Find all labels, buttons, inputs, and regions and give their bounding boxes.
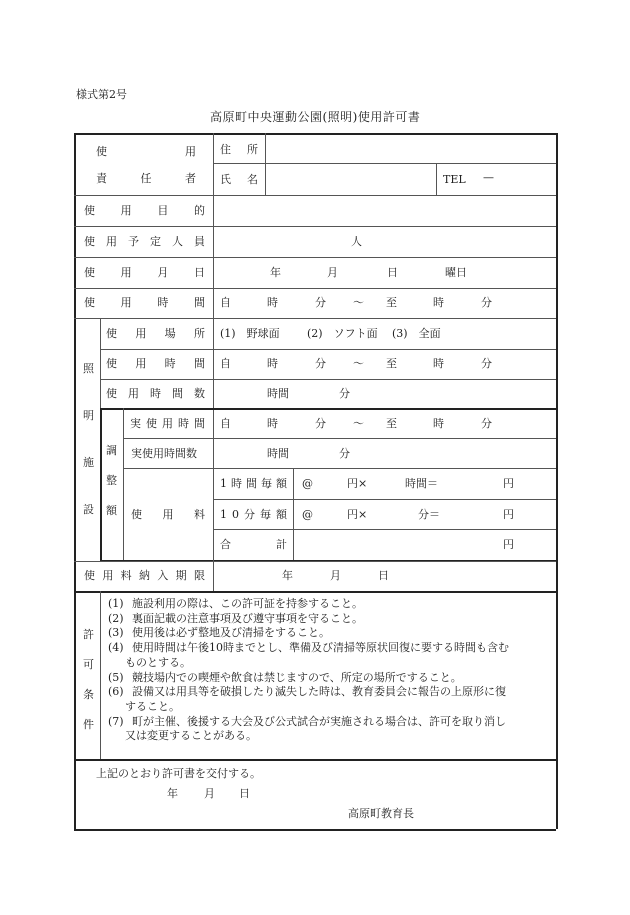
- label-char: 使: [84, 204, 95, 218]
- label-char: 所: [247, 143, 258, 157]
- place-label: 使用場所: [106, 327, 205, 341]
- condition-text: 競技場内での喫煙や飲食は禁じますので、所定の場所ですること。: [132, 671, 462, 684]
- divider: [100, 379, 556, 380]
- divider: [123, 468, 556, 469]
- lighting-time-hour1: 時: [267, 357, 278, 371]
- actual-time-hour2: 時: [433, 417, 444, 431]
- place-option-1[interactable]: (1) 野球面: [220, 327, 280, 341]
- condition-item-7: (7)町が主催、後援する大会及び公式試合が実施される場合は、許可を取り消し: [108, 715, 506, 729]
- issue-statement: 上記のとおり許可書を交付する。: [96, 767, 261, 781]
- condition-item-3: (3)使用後は必ず整地及び清掃をすること。: [108, 626, 330, 640]
- label-char: 用: [128, 387, 139, 401]
- divider: [74, 133, 76, 829]
- label-char: 間: [246, 477, 257, 491]
- label-char: 使: [84, 266, 95, 280]
- condition-item-7: 又は変更することがある。: [125, 729, 257, 743]
- label-char: 使: [84, 569, 95, 583]
- label-char: 間: [194, 296, 205, 310]
- usage-time-min2: 分: [481, 296, 492, 310]
- lighting-group-char: 設: [83, 501, 94, 517]
- condition-item-6: (6)設備又は用具等を破損したり滅失した時は、教育委員会に報告の上原形に復: [108, 685, 506, 699]
- issuer-name: 高原町教育長: [348, 807, 414, 821]
- adjust-group-char: 調: [106, 442, 117, 458]
- hourly-yen: 円: [503, 477, 514, 491]
- actual-time-tilde: 〜: [353, 417, 364, 431]
- lighting-time-from: 自: [220, 357, 231, 371]
- hourly-at: @: [302, 477, 313, 491]
- condition-item-2: (2)裏面記載の注意事項及び遵守事項を守ること。: [108, 612, 363, 626]
- divider: [123, 438, 556, 439]
- per10-yen-x: 円×: [347, 508, 367, 522]
- label-char: 合: [220, 538, 231, 552]
- label-char: 定: [150, 235, 161, 249]
- divider: [100, 408, 102, 560]
- lighting-group-char: 照: [83, 360, 94, 376]
- divider: [100, 349, 556, 350]
- label-char: 料: [194, 508, 205, 522]
- divider: [74, 759, 556, 761]
- deadline-month: 月: [330, 569, 341, 583]
- actual-min-unit: 分: [339, 447, 350, 461]
- month-unit: 月: [327, 266, 338, 280]
- condition-item-6: すること。: [125, 700, 180, 714]
- divider: [74, 257, 556, 258]
- per10-at: @: [302, 508, 313, 522]
- deadline-year: 年: [282, 569, 293, 583]
- condition-item-4: ものとする。: [125, 656, 191, 670]
- tel-separator: —: [483, 171, 494, 185]
- issue-year: 年: [167, 787, 178, 801]
- label-char: 使: [84, 296, 95, 310]
- label-char: 場: [165, 327, 176, 341]
- conditions-group-char: 条: [83, 686, 94, 702]
- label-char: 数: [194, 387, 205, 401]
- label-char: 用: [121, 266, 132, 280]
- actual-time-from: 自: [220, 417, 231, 431]
- divider: [213, 499, 556, 500]
- actual-hours-label: 実使用時間数: [131, 447, 197, 461]
- label-char: 1: [220, 477, 227, 491]
- payment-deadline-label: 使用料納入期限: [84, 569, 205, 583]
- label-char: 使: [146, 417, 157, 431]
- divider: [556, 133, 558, 829]
- name-label: 氏名: [220, 173, 258, 187]
- divider: [74, 591, 556, 593]
- label-char: 用: [121, 296, 132, 310]
- tel-field[interactable]: [500, 163, 556, 195]
- issue-month: 月: [204, 787, 215, 801]
- planned-people-label: 使用予定人員: [84, 235, 205, 249]
- condition-item-5: (5)競技場内での喫煙や飲食は禁じますので、所定の場所ですること。: [108, 671, 462, 685]
- usage-time-hour2: 時: [433, 296, 444, 310]
- condition-number: (1): [108, 597, 132, 611]
- label-char: 時: [231, 477, 242, 491]
- hourly-label: 1時間毎額: [220, 477, 287, 491]
- form-number: 様式第2号: [76, 86, 127, 102]
- hours-unit: 時間: [267, 387, 289, 401]
- lighting-time-to: 至: [386, 357, 397, 371]
- condition-number: (7): [108, 715, 132, 729]
- lighting-time-hour2: 時: [433, 357, 444, 371]
- label-char: 使: [96, 145, 107, 159]
- address-field[interactable]: [266, 133, 556, 163]
- divider: [213, 560, 214, 591]
- usage-time-min1: 分: [315, 296, 326, 310]
- condition-item-4: (4)使用時間は午後10時までとし、準備及び清掃等原状回復に要する時間も含む: [108, 641, 509, 655]
- usage-time-hour1: 時: [267, 296, 278, 310]
- address-label: 住所: [220, 143, 258, 157]
- purpose-field[interactable]: [214, 195, 556, 226]
- adjust-group-char: 額: [106, 502, 117, 518]
- lighting-time-min1: 分: [315, 357, 326, 371]
- hourly-unit-eq: 時間＝: [405, 477, 438, 491]
- lighting-hours-label: 使用時間数: [106, 387, 205, 401]
- label-char: 者: [185, 172, 196, 186]
- divider: [74, 561, 556, 562]
- actual-time-min2: 分: [481, 417, 492, 431]
- condition-number: (4): [108, 641, 132, 655]
- usage-date-label: 使用月日: [84, 266, 205, 280]
- divider: [436, 163, 437, 195]
- conditions-group-char: 許: [83, 626, 94, 642]
- fee-label: 使用料: [131, 508, 205, 522]
- min-unit: 分: [339, 387, 350, 401]
- label-char: 用: [135, 357, 146, 371]
- label-char: 使: [84, 235, 95, 249]
- condition-number: (5): [108, 671, 132, 685]
- per10-label: 10分毎額: [220, 508, 287, 522]
- lighting-group-char: 明: [83, 407, 94, 423]
- condition-text: 使用時間は午後10時までとし、準備及び清掃等原状回復に要する時間も含む: [132, 641, 509, 654]
- label-char: 員: [194, 235, 205, 249]
- label-char: 分: [244, 508, 255, 522]
- label-char: 用: [163, 508, 174, 522]
- label-char: 間: [172, 387, 183, 401]
- label-char: 毎: [260, 508, 271, 522]
- condition-text: 裏面記載の注意事項及び遵守事項を守ること。: [132, 612, 363, 625]
- actual-time-min1: 分: [315, 417, 326, 431]
- condition-text: すること。: [125, 700, 180, 713]
- label-char: 用: [162, 417, 173, 431]
- total-field[interactable]: [294, 529, 556, 560]
- actual-time-to: 至: [386, 417, 397, 431]
- label-char: 名: [247, 173, 258, 187]
- label-char: 間: [194, 357, 205, 371]
- label-char: 住: [220, 143, 231, 157]
- label-char: 額: [276, 477, 287, 491]
- label-char: 時: [150, 387, 161, 401]
- label-char: 時: [165, 357, 176, 371]
- label-char: 間: [194, 417, 205, 431]
- usage-time-from: 自: [220, 296, 231, 310]
- actual-time-label: 実使用時間: [130, 417, 205, 431]
- label-char: 時: [178, 417, 189, 431]
- total-label: 合計: [220, 538, 287, 552]
- divider: [100, 591, 101, 759]
- divider: [100, 408, 556, 410]
- usage-time-label: 使用時間: [84, 296, 205, 310]
- per10-unit-eq: 分＝: [418, 508, 440, 522]
- label-char: 月: [157, 266, 168, 280]
- year-unit: 年: [270, 266, 281, 280]
- condition-number: (2): [108, 612, 132, 626]
- place-option-2[interactable]: (2) ソフト面: [307, 327, 378, 341]
- conditions-group-char: 件: [83, 716, 94, 732]
- page-title: 高原町中央運動公園(照明)使用許可書: [210, 108, 420, 125]
- label-char: 使: [131, 508, 142, 522]
- planned-people-field[interactable]: [214, 226, 340, 257]
- applicant-label: 使用: [96, 145, 196, 159]
- label-char: 用: [102, 569, 113, 583]
- label-char: 納: [139, 569, 150, 583]
- label-char: 責: [96, 172, 107, 186]
- divider: [74, 829, 556, 831]
- adjust-group-char: 整: [106, 472, 117, 488]
- divider: [74, 318, 556, 319]
- hourly-yen-x: 円×: [347, 477, 367, 491]
- people-unit: 人: [351, 235, 362, 249]
- label-char: 1: [220, 508, 227, 522]
- per10-yen: 円: [503, 508, 514, 522]
- usage-time-tilde: 〜: [353, 296, 364, 310]
- label-char: 使: [106, 327, 117, 341]
- label-char: 任: [141, 172, 152, 186]
- label-char: 額: [276, 508, 287, 522]
- label-char: 使: [106, 357, 117, 371]
- label-char: 0: [232, 508, 239, 522]
- condition-text: ものとする。: [125, 656, 191, 669]
- condition-number: (3): [108, 626, 132, 640]
- label-char: 計: [276, 538, 287, 552]
- divider: [74, 288, 556, 289]
- conditions-group-char: 可: [83, 656, 94, 672]
- name-field[interactable]: [266, 163, 436, 195]
- label-char: 日: [194, 266, 205, 280]
- label-char: 用: [106, 235, 117, 249]
- place-option-3[interactable]: (3) 全面: [392, 327, 441, 341]
- label-char: 用: [121, 204, 132, 218]
- label-char: 目: [157, 204, 168, 218]
- label-char: 氏: [220, 173, 231, 187]
- label-char: 予: [128, 235, 139, 249]
- applicant-label: 責任者: [96, 172, 196, 186]
- condition-text: 町が主催、後援する大会及び公式試合が実施される場合は、許可を取り消し: [132, 715, 506, 728]
- issue-day: 日: [239, 787, 250, 801]
- lighting-time-label: 使用時間: [106, 357, 205, 371]
- condition-text: 施設利用の際は、この許可証を持参すること。: [132, 597, 363, 610]
- label-char: 時: [157, 296, 168, 310]
- purpose-label: 使用目的: [84, 204, 205, 218]
- deadline-day: 日: [378, 569, 389, 583]
- lighting-time-tilde: 〜: [353, 357, 364, 371]
- condition-text: 設備又は用具等を破損したり滅失した時は、教育委員会に報告の上原形に復: [132, 685, 506, 698]
- label-char: 実: [130, 417, 141, 431]
- tel-label: TEL: [443, 173, 466, 187]
- lighting-time-min2: 分: [481, 357, 492, 371]
- label-char: 入: [157, 569, 168, 583]
- label-char: 料: [121, 569, 132, 583]
- label-char: 使: [106, 387, 117, 401]
- actual-time-hour1: 時: [267, 417, 278, 431]
- divider: [123, 408, 124, 560]
- label-char: 的: [194, 204, 205, 218]
- label-char: 所: [194, 327, 205, 341]
- condition-text: 又は変更することがある。: [125, 729, 257, 742]
- label-char: 人: [172, 235, 183, 249]
- lighting-group-char: 施: [83, 454, 94, 470]
- label-char: 用: [185, 145, 196, 159]
- label-char: 期: [176, 569, 187, 583]
- condition-item-1: (1)施設利用の際は、この許可証を持参すること。: [108, 597, 363, 611]
- label-char: 毎: [261, 477, 272, 491]
- usage-time-to: 至: [386, 296, 397, 310]
- condition-text: 使用後は必ず整地及び清掃をすること。: [132, 626, 330, 639]
- actual-hours-unit: 時間: [267, 447, 289, 461]
- condition-number: (6): [108, 685, 132, 699]
- label-char: 用: [135, 327, 146, 341]
- label-char: 限: [194, 569, 205, 583]
- weekday-unit: 曜日: [445, 266, 467, 280]
- day-unit: 日: [387, 266, 398, 280]
